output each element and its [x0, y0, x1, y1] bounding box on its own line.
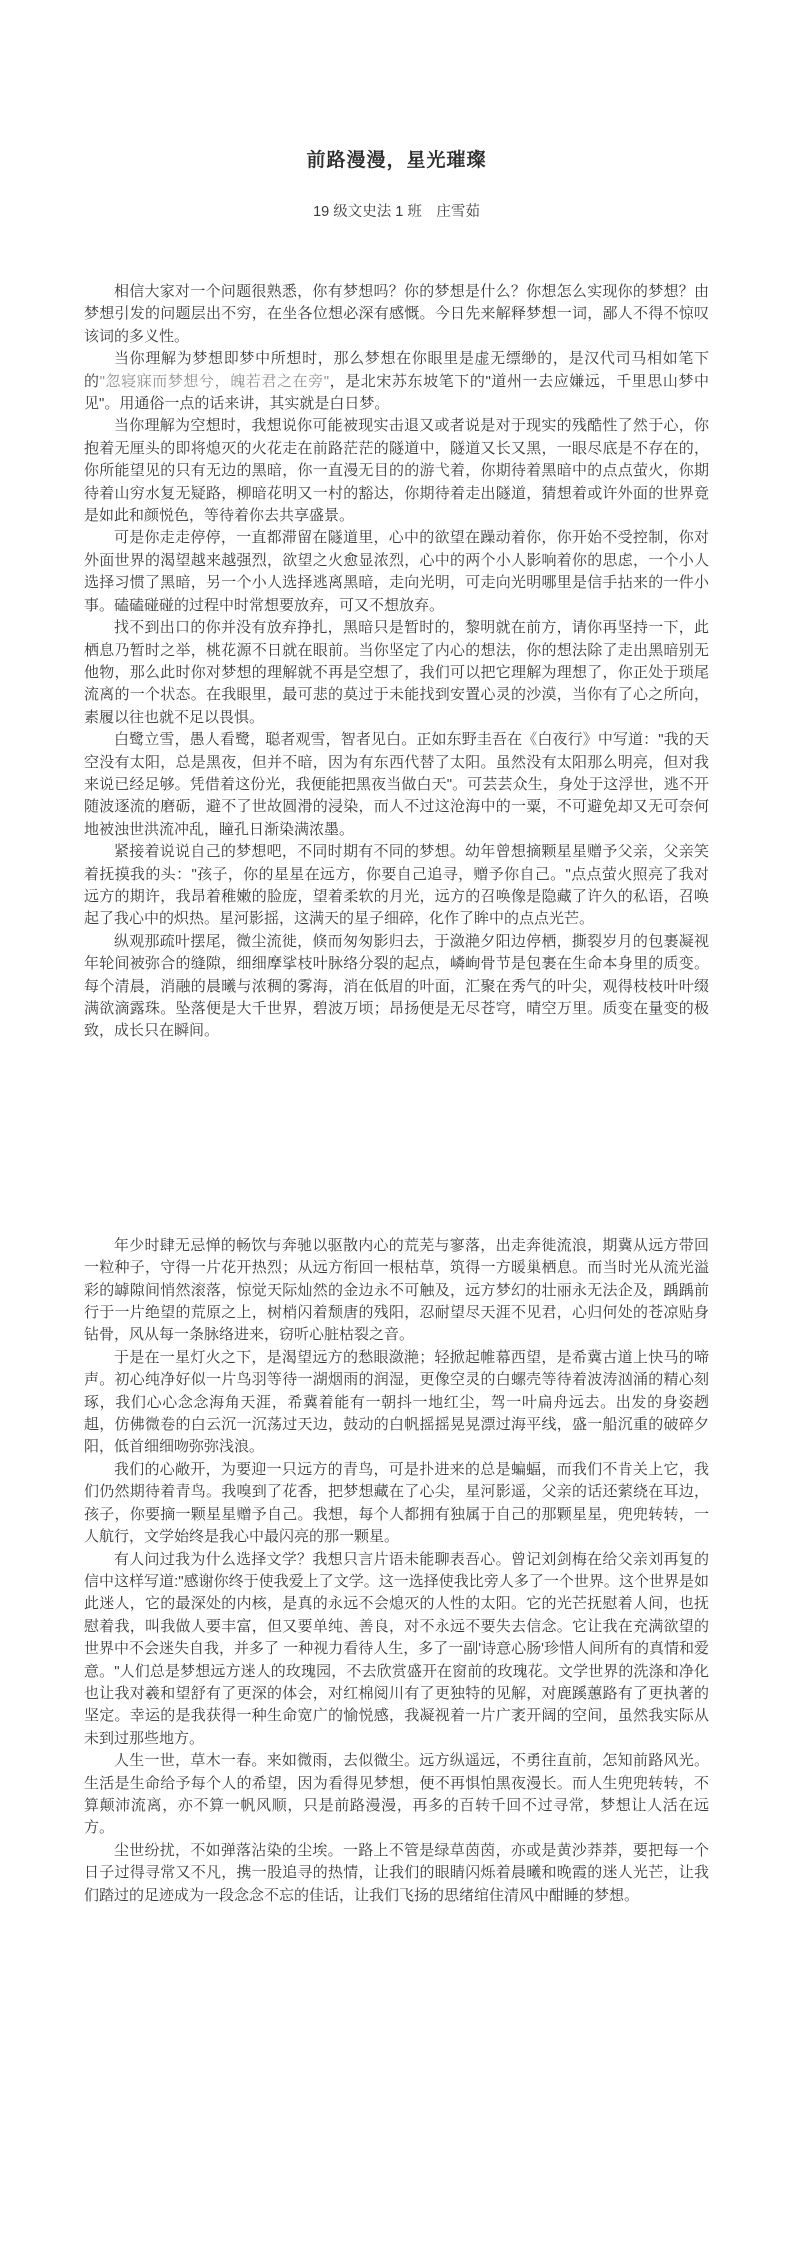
essay-paragraph: 人生一世，草木一春。来如微雨，去似微尘。远方纵遥远，不勇往直前，怎知前路风光。生…	[84, 1750, 709, 1840]
essay-paragraph: 白鹭立雪，愚人看鹭，聪者观雪，智者见白。正如东野圭吾在《白夜行》中写道："我的天…	[84, 729, 709, 841]
essay-paragraph: 紧接着说说自己的梦想吧，不同时期有不同的梦想。幼年曾想摘颗星星赠予父亲，父亲笑着…	[84, 841, 709, 931]
paragraph-text: 有人问过我为什么选择文学？我想只言片语未能聊表吾心。曾记刘剑梅在给父亲刘再复的信…	[84, 1551, 709, 1747]
essay-paragraph: 当你理解为空想时，我想说你可能被现实击退又或者说是对于现实的残酷性了然于心，你抱…	[84, 415, 709, 527]
document-content: 前路漫漫，星光璀璨 19 级文史法 1 班 庄雪茹 相信大家对一个问题很熟悉，你…	[0, 0, 793, 1907]
essay-paragraph: 年少时肆无忌惮的畅饮与奔驰以驱散内心的荒芜与寥落，出走奔徙流浪，期冀从远方带回一…	[84, 1235, 709, 1347]
page-1-body: 相信大家对一个问题很熟悉，你有梦想吗？你的梦想是什么？你想怎么实现你的梦想？由梦…	[84, 281, 709, 1043]
paragraph-text: 尘世纷扰，不如弹落沾染的尘埃。一路上不管是绿草茵茵，亦或是黄沙莽莽，要把每一个日…	[84, 1842, 709, 1904]
page-2-body: 年少时肆无忌惮的畅饮与奔驰以驱散内心的荒芜与寥落，出走奔徙流浪，期冀从远方带回一…	[84, 1235, 709, 1907]
essay-paragraph: 当你理解为梦想即梦中所想时，那么梦想在你眼里是虚无缥缈的，是汉代司马相如笔下的"…	[84, 348, 709, 415]
essay-paragraph: 纵观那疏叶摆尾，微尘流徙，倏而匆匆影归去，于潋滟夕阳边停栖，撕裂岁月的包裹凝视年…	[84, 931, 709, 1043]
page-break-gap	[84, 1043, 709, 1235]
paragraph-text: 白鹭立雪，愚人看鹭，聪者观雪，智者见白。正如东野圭吾在《白夜行》中写道："我的天…	[84, 731, 709, 838]
essay-paragraph: 相信大家对一个问题很熟悉，你有梦想吗？你的梦想是什么？你想怎么实现你的梦想？由梦…	[84, 281, 709, 348]
paragraph-text: 找不到出口的你并没有放弃挣扎，黑暗只是暂时的，黎明就在前方，请你再坚持一下，此栖…	[84, 619, 709, 726]
essay-paragraph: 于是在一星灯火之下，是渴望远方的愁眼潋滟；轻掀起帷幕西望，是希冀古道上快马的啼声…	[84, 1347, 709, 1459]
byline: 19 级文史法 1 班 庄雪茹	[84, 203, 709, 221]
paragraph-text: 相信大家对一个问题很熟悉，你有梦想吗？你的梦想是什么？你想怎么实现你的梦想？由梦…	[84, 283, 709, 345]
page-title: 前路漫漫，星光璀璨	[84, 147, 709, 175]
quoted-text-muted: "忽寝寐而梦想兮，魄若君之在旁"	[100, 373, 329, 390]
paragraph-text: 我们的心敞开，为要迎一只远方的青鸟，可是扑进来的总是蝙蝠，而我们不肯关上它，我们…	[84, 1461, 709, 1545]
paragraph-text: 年少时肆无忌惮的畅饮与奔驰以驱散内心的荒芜与寥落，出走奔徙流浪，期冀从远方带回一…	[84, 1237, 709, 1344]
essay-paragraph: 尘世纷扰，不如弹落沾染的尘埃。一路上不管是绿草茵茵，亦或是黄沙莽莽，要把每一个日…	[84, 1840, 709, 1907]
paragraph-text: 可是你走走停停，一直都滞留在隧道里，心中的欲望在躁动着你，你开始不受控制，你对外…	[84, 529, 709, 613]
paragraph-text: 人生一世，草木一春。来如微雨，去似微尘。远方纵遥远，不勇往直前，怎知前路风光。生…	[84, 1752, 709, 1836]
essay-paragraph: 我们的心敞开，为要迎一只远方的青鸟，可是扑进来的总是蝙蝠，而我们不肯关上它，我们…	[84, 1459, 709, 1549]
paragraph-text: 纵观那疏叶摆尾，微尘流徙，倏而匆匆影归去，于潋滟夕阳边停栖，撕裂岁月的包裹凝视年…	[84, 933, 709, 1040]
paragraph-text: 紧接着说说自己的梦想吧，不同时期有不同的梦想。幼年曾想摘颗星星赠予父亲，父亲笑着…	[84, 843, 709, 927]
essay-paragraph: 可是你走走停停，一直都滞留在隧道里，心中的欲望在躁动着你，你开始不受控制，你对外…	[84, 527, 709, 617]
essay-paragraph: 找不到出口的你并没有放弃挣扎，黑暗只是暂时的，黎明就在前方，请你再坚持一下，此栖…	[84, 617, 709, 729]
essay-paragraph: 有人问过我为什么选择文学？我想只言片语未能聊表吾心。曾记刘剑梅在给父亲刘再复的信…	[84, 1549, 709, 1751]
paragraph-text: 当你理解为空想时，我想说你可能被现实击退又或者说是对于现实的残酷性了然于心，你抱…	[84, 417, 709, 524]
document-page: 前路漫漫，星光璀璨 19 级文史法 1 班 庄雪茹 相信大家对一个问题很熟悉，你…	[0, 0, 793, 2244]
paragraph-text: 于是在一星灯火之下，是渴望远方的愁眼潋滟；轻掀起帷幕西望，是希冀古道上快马的啼声…	[84, 1349, 709, 1456]
